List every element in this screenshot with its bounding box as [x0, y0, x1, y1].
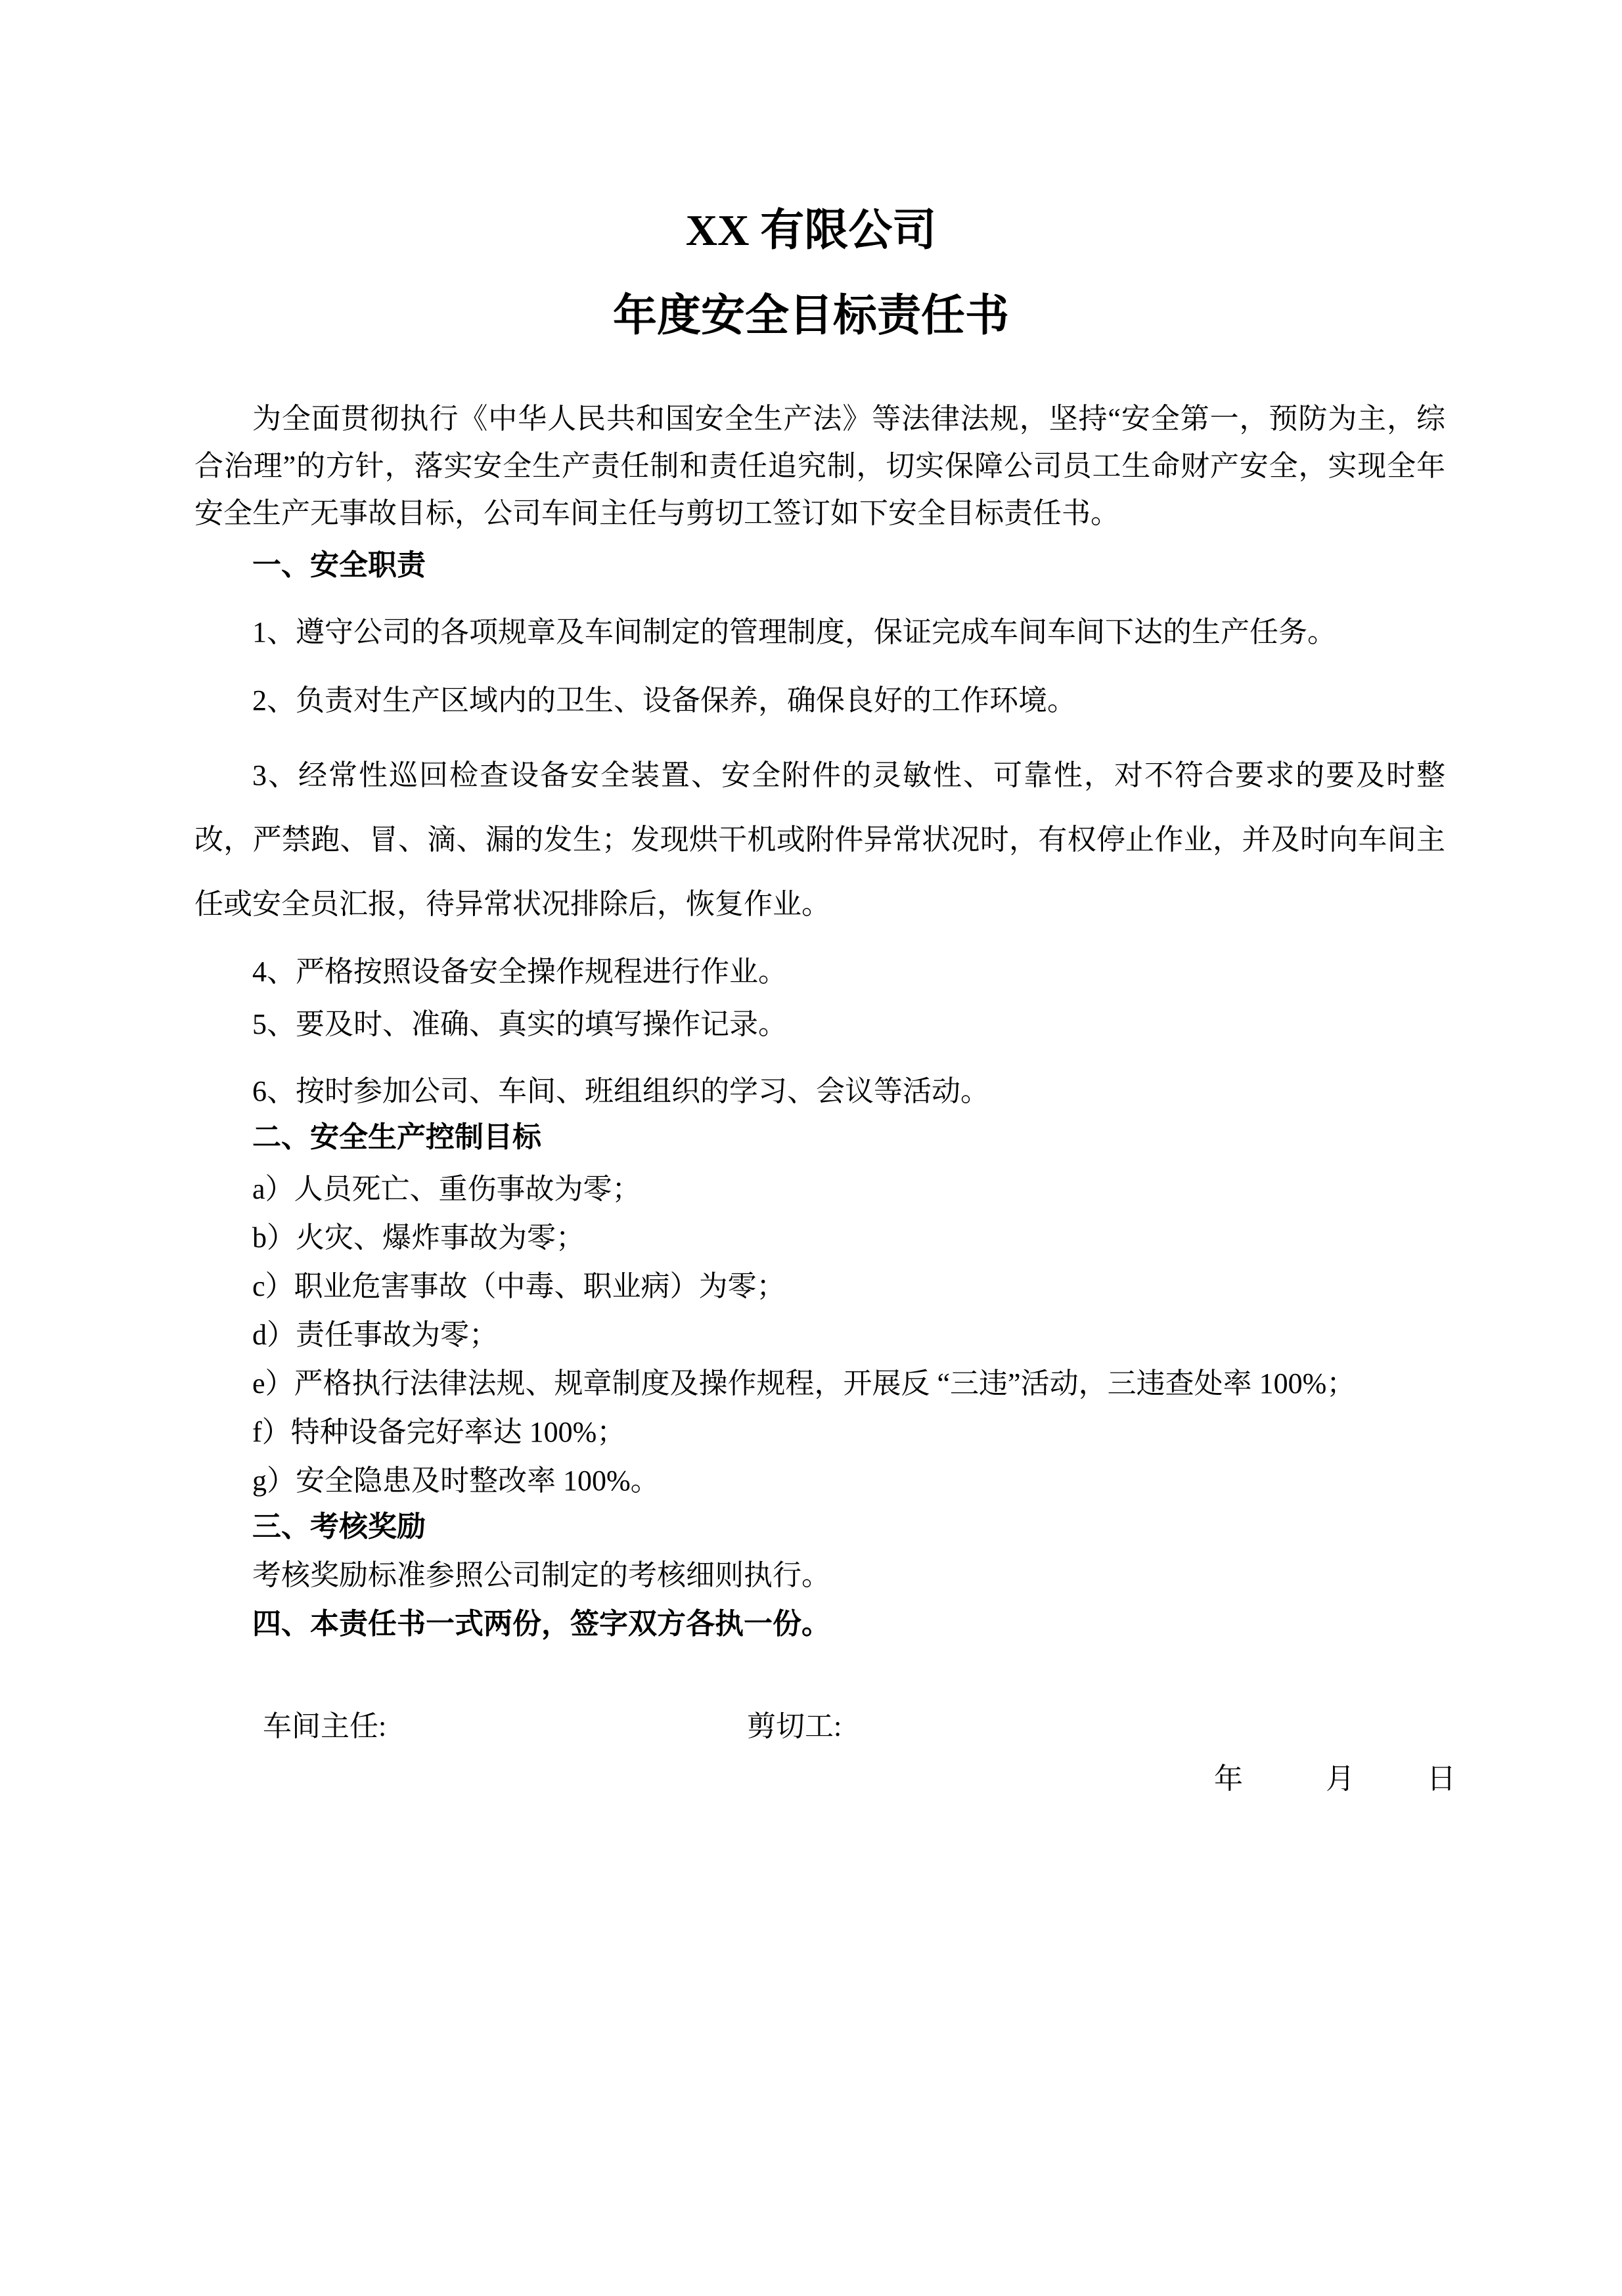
section4-heading: 四、本责任书一式两份，签字双方各执一份。 [194, 1606, 1445, 1641]
section2-item-e: e）严格执行法律法规、规章制度及操作规程，开展反 “三违”活动，三违查处率 10… [194, 1366, 1445, 1401]
section1-item-5: 5、要及时、准确、真实的填写操作记录。 [194, 1007, 1445, 1042]
section2-item-f: f）特种设备完好率达 100%； [194, 1415, 1445, 1449]
date-day-label: 日 [1427, 1761, 1456, 1796]
company-title: XX 有限公司 [0, 207, 1622, 254]
section2-item-d: d）责任事故为零； [194, 1317, 1445, 1352]
section1-item-6: 6、按时参加公司、车间、班组组织的学习、会议等活动。 [194, 1074, 1445, 1109]
section2-item-a: a）人员死亡、重伤事故为零； [194, 1172, 1445, 1206]
date-year-label: 年 [1214, 1761, 1243, 1796]
section1-item-2: 2、负责对生产区域内的卫生、设备保养，确保良好的工作环境。 [194, 683, 1445, 718]
section3-heading: 三、考核奖励 [194, 1509, 1445, 1544]
shear-worker-signature-label: 剪切工: [747, 1709, 842, 1744]
section3-body: 考核奖励标准参照公司制定的考核细则执行。 [194, 1558, 1445, 1593]
intro-paragraph: 为全面贯彻执行《中华人民共和国安全生产法》等法律法规，坚持“安全第一，预防为主，… [194, 395, 1445, 537]
section2-item-g: g）安全隐患及时整改率 100%。 [194, 1463, 1445, 1498]
section2-item-c: c）职业危害事故（中毒、职业病）为零； [194, 1269, 1445, 1304]
document-page: XX 有限公司 年度安全目标责任书 为全面贯彻执行《中华人民共和国安全生产法》等… [0, 0, 1622, 2296]
section1-item-1: 1、遵守公司的各项规章及车间制定的管理制度，保证完成车间车间下达的生产任务。 [194, 615, 1445, 650]
section1-heading: 一、安全职责 [194, 548, 1445, 583]
document-title: 年度安全目标责任书 [0, 292, 1622, 340]
section1-item-3: 3、经常性巡回检查设备安全装置、安全附件的灵敏性、可靠性，对不符合要求的要及时整… [194, 743, 1445, 937]
section1-item-4: 4、严格按照设备安全操作规程进行作业。 [194, 954, 1445, 989]
date-month-label: 月 [1326, 1761, 1355, 1796]
section2-heading: 二、安全生产控制目标 [194, 1120, 1445, 1155]
section2-item-b: b）火灾、爆炸事故为零； [194, 1220, 1445, 1255]
workshop-director-signature-label: 车间主任: [263, 1709, 386, 1744]
